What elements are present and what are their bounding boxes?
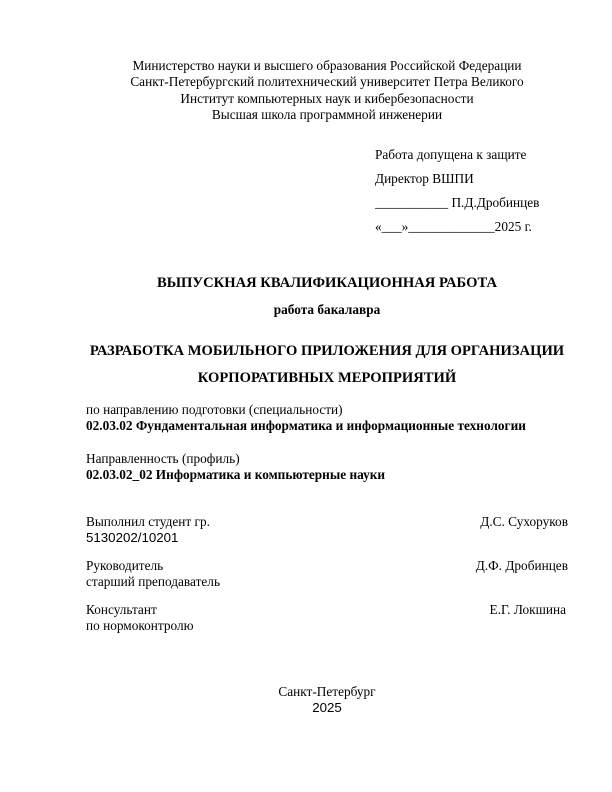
consultant-area: по нормоконтролю xyxy=(86,618,194,635)
document-subtitle: работа бакалавра xyxy=(0,302,612,318)
profile-value: 02.03.02_02 Информатика и компьютерные н… xyxy=(86,467,385,483)
university-line: Санкт-Петербургский политехнический унив… xyxy=(0,74,612,90)
approval-signature-line: ___________ П.Д.Дробинцев xyxy=(375,195,539,211)
school-line: Высшая школа программной инженерии xyxy=(0,107,612,123)
institution-header: Министерство науки и высшего образования… xyxy=(0,58,612,123)
supervisor-role: Руководитель xyxy=(86,558,163,575)
supervisor-name: Д.Ф. Дробинцев xyxy=(476,558,568,574)
thesis-topic-line-2: КОРПОРАТИВНЫХ МЕРОПРИЯТИЙ xyxy=(0,365,612,392)
consultant-role: Консультант xyxy=(86,602,157,619)
student-group: 5130202/10201 xyxy=(86,530,178,547)
institute-line: Институт компьютерных наук и кибербезопа… xyxy=(0,91,612,107)
approval-director: Директор ВШПИ xyxy=(375,171,474,187)
student-name: Д.С. Сухоруков xyxy=(480,514,568,530)
approval-admitted: Работа допущена к защите xyxy=(375,147,526,163)
supervisor-position: старший преподаватель xyxy=(86,574,220,591)
direction-label: по направлению подготовки (специальности… xyxy=(86,402,343,418)
thesis-topic: РАЗРАБОТКА МОБИЛЬНОГО ПРИЛОЖЕНИЯ ДЛЯ ОРГ… xyxy=(0,338,612,392)
consultant-name: Е.Г. Локшина xyxy=(490,602,566,618)
direction-value: 02.03.02 Фундаментальная информатика и и… xyxy=(86,418,526,434)
approval-date-line: «___»_____________2025 г. xyxy=(375,219,532,235)
student-role: Выполнил студент гр. xyxy=(86,514,210,531)
thesis-topic-line-1: РАЗРАБОТКА МОБИЛЬНОГО ПРИЛОЖЕНИЯ ДЛЯ ОРГ… xyxy=(0,338,612,365)
footer-year: 2025 xyxy=(0,700,612,716)
footer-city: Санкт-Петербург xyxy=(0,684,612,700)
profile-label: Направленность (профиль) xyxy=(86,451,240,467)
document-title: ВЫПУСКНАЯ КВАЛИФИКАЦИОННАЯ РАБОТА xyxy=(0,275,612,292)
ministry-line: Министерство науки и высшего образования… xyxy=(0,58,612,74)
